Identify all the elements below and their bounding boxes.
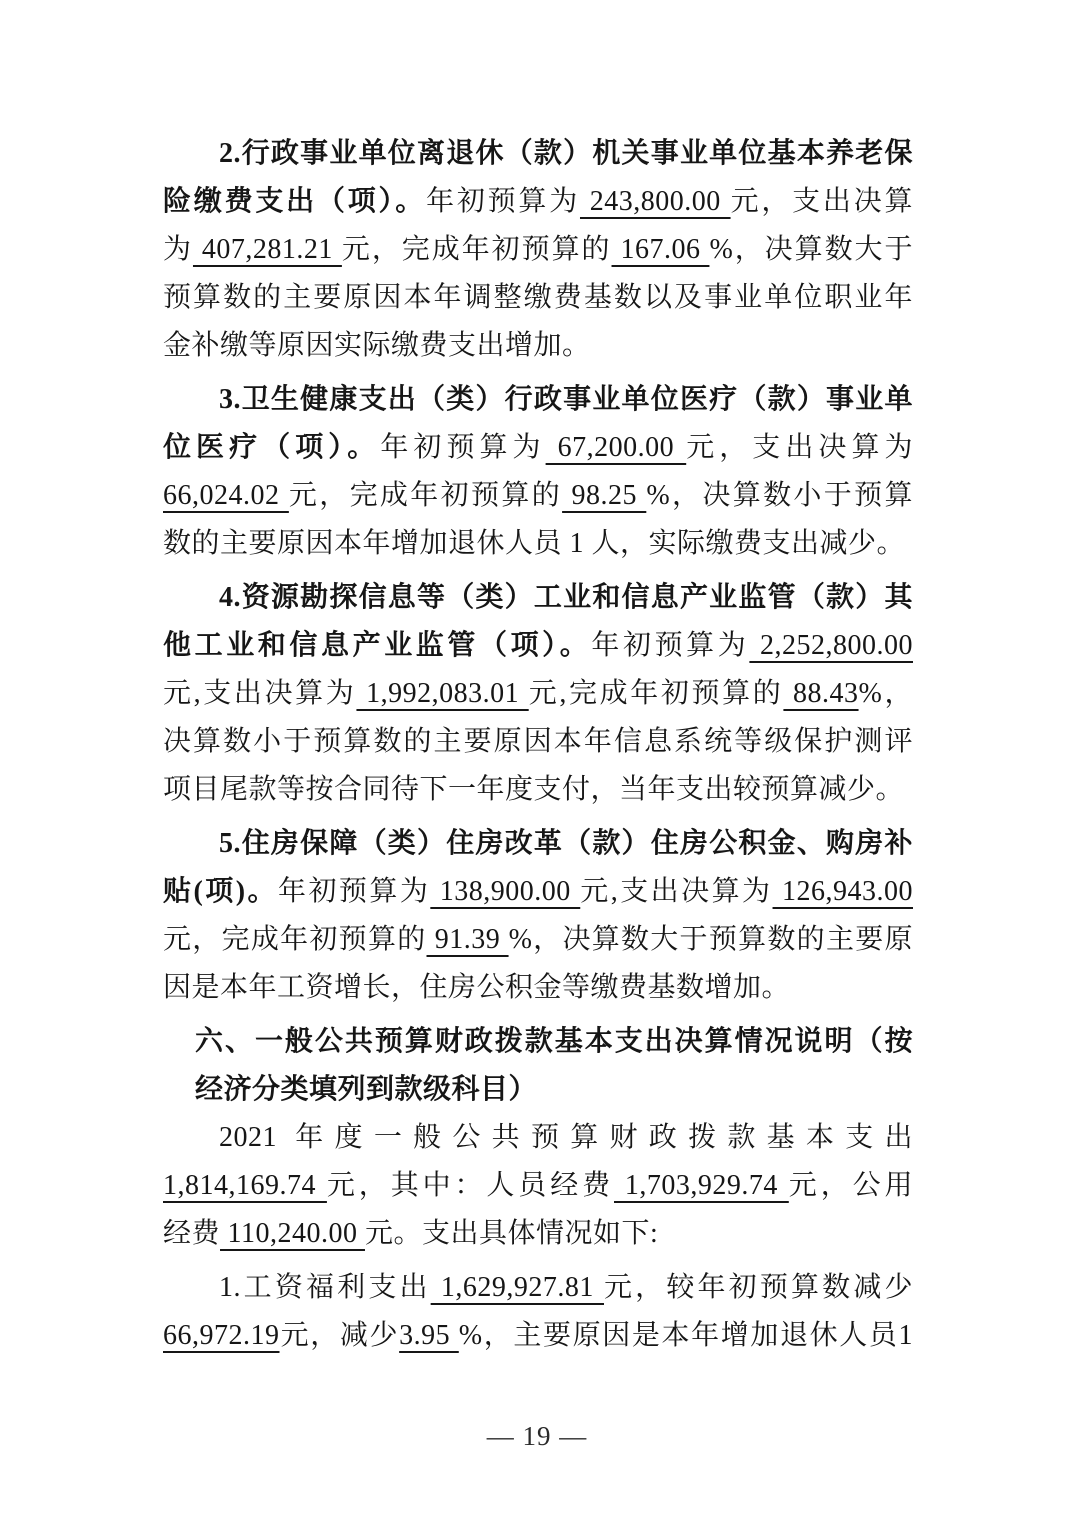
item-2-pension-contribution-line-3: 为 407,281.21 元，完成年初预算的 167.06 %，决算数大于: [163, 226, 913, 274]
underlined-value: 3.95: [399, 1320, 459, 1351]
text-segment: 年初预算为: [591, 630, 749, 661]
item-5-housing-security-line-3: 元，完成年初预算的 91.39 %，决算数大于预算数的主要原: [163, 916, 913, 964]
document-body: 2.行政事业单位离退休（款）机关事业单位基本养老保险缴费支出（项）。年初预算为 …: [163, 130, 913, 1366]
item-4-resource-exploration-line-5: 项目尾款等按合同待下一年度支付，当年支出较预算减少。: [163, 766, 913, 814]
text-segment: 决算数小于预算数的主要原因本年信息系统等级保护测评: [163, 726, 913, 757]
text-segment: 元,支出决算为: [163, 678, 356, 709]
section-6-heading: 六、一般公共预算财政拨款基本支出决算情况说明（按经济分类填列到款级科目）: [163, 1018, 913, 1114]
text-segment: 险缴费支出（项）。: [163, 186, 426, 217]
text-segment: 元，公用: [789, 1170, 913, 1201]
underlined-value: 67,200.00: [546, 432, 687, 463]
text-segment: 1.工资福利支出: [219, 1272, 431, 1303]
text-segment: 元,完成年初预算的: [529, 678, 784, 709]
underlined-value: 1,703,929.74: [614, 1170, 789, 1201]
underlined-value: 167.06: [612, 234, 710, 265]
basic-expenditure-summary: 2021 年度一般公共预算财政拨款基本支出1,814,169.74 元，其中：人…: [163, 1114, 913, 1258]
text-segment: 4.资源勘探信息等（类）工业和信息产业监管（款）其: [219, 582, 913, 613]
item-4-resource-exploration-line-4: 决算数小于预算数的主要原因本年信息系统等级保护测评: [163, 718, 913, 766]
text-segment: 为: [163, 234, 193, 265]
text-segment: 项目尾款等按合同待下一年度支付，当年支出较预算减少。: [163, 774, 904, 805]
item-3-health-expenditure-line-2: 位医疗（项）。年初预算为 67,200.00 元，支出决算为: [163, 424, 913, 472]
item-2-pension-contribution-line-2: 险缴费支出（项）。年初预算为 243,800.00 元，支出决算: [163, 178, 913, 226]
item-4-resource-exploration: 4.资源勘探信息等（类）工业和信息产业监管（款）其他工业和信息产业监管（项）。年…: [163, 574, 913, 814]
item-3-health-expenditure-line-3: 66,024.02 元，完成年初预算的 98.25 %，决算数小于预算: [163, 472, 913, 520]
text-segment: %，: [859, 678, 913, 709]
underlined-value: 126,943.00: [773, 876, 913, 907]
item-2-pension-contribution-line-4: 预算数的主要原因本年调整缴费基数以及事业单位职业年: [163, 274, 913, 322]
text-segment: %，主要原因是本年增加退休人员1: [459, 1320, 913, 1351]
text-segment: 元，支出决算为: [686, 432, 913, 463]
text-segment: 2021 年度一般公共预算财政拨款基本支出: [219, 1122, 913, 1153]
item-5-housing-security-line-1: 5.住房保障（类）住房改革（款）住房公积金、购房补: [163, 820, 913, 868]
item-4-resource-exploration-line-1: 4.资源勘探信息等（类）工业和信息产业监管（款）其: [163, 574, 913, 622]
text-segment: 预算数的主要原因本年调整缴费基数以及事业单位职业年: [163, 282, 913, 313]
text-segment: 金补缴等原因实际缴费支出增加。: [163, 330, 591, 361]
text-segment: %，决算数大于: [709, 234, 913, 265]
item-3-health-expenditure-line-1: 3.卫生健康支出（类）行政事业单位医疗（款）事业单: [163, 376, 913, 424]
item-2-pension-contribution-line-5: 金补缴等原因实际缴费支出增加。: [163, 322, 913, 370]
item-5-housing-security: 5.住房保障（类）住房改革（款）住房公积金、购房补贴(项)。年初预算为 138,…: [163, 820, 913, 1012]
document-page: 2.行政事业单位离退休（款）机关事业单位基本养老保险缴费支出（项）。年初预算为 …: [0, 0, 1074, 1520]
text-segment: 位医疗（项）。: [163, 432, 380, 463]
item-5-housing-security-line-4: 因是本年工资增长，住房公积金等缴费基数增加。: [163, 964, 913, 1012]
item-3-health-expenditure-line-4: 数的主要原因本年增加退休人员 1 人，实际缴费支出减少。: [163, 520, 913, 568]
text-segment: 元，较年初预算数减少: [604, 1272, 913, 1303]
text-segment: 元。支出具体情况如下:: [365, 1218, 658, 1249]
text-segment: 元，减少: [280, 1320, 400, 1351]
item-2-pension-contribution-line-1: 2.行政事业单位离退休（款）机关事业单位基本养老保: [163, 130, 913, 178]
text-segment: 贴(项)。: [163, 876, 278, 907]
underlined-value: 1,992,083.01: [356, 678, 528, 709]
item-1-salary-welfare: 1.工资福利支出 1,629,927.81 元，较年初预算数减少66,972.1…: [163, 1264, 913, 1360]
text-segment: 年初预算为: [426, 186, 580, 217]
text-segment: 元，其中：人员经费: [327, 1170, 614, 1201]
underlined-value: 138,900.00: [430, 876, 580, 907]
text-segment: 他工业和信息产业监管（项）。: [163, 630, 591, 661]
item-4-resource-exploration-line-2: 他工业和信息产业监管（项）。年初预算为 2,252,800.00: [163, 622, 913, 670]
text-segment: 年初预算为: [278, 876, 430, 907]
basic-expenditure-summary-line-3: 经费 110,240.00 元。支出具体情况如下:: [163, 1210, 913, 1258]
text-segment: 因是本年工资增长，住房公积金等缴费基数增加。: [163, 972, 790, 1003]
text-segment: 数的主要原因本年增加退休人员 1 人，实际缴费支出减少。: [163, 528, 905, 559]
underlined-value: 407,281.21: [193, 234, 342, 265]
item-1-salary-welfare-line-2: 66,972.19元，减少3.95 %，主要原因是本年增加退休人员1: [163, 1312, 913, 1360]
item-4-resource-exploration-line-3: 元,支出决算为 1,992,083.01 元,完成年初预算的 88.43%，: [163, 670, 913, 718]
text-segment: 2.行政事业单位离退休（款）机关事业单位基本养老保: [219, 138, 913, 169]
underlined-value: 66,024.02: [163, 480, 289, 511]
text-segment: 年初预算为: [380, 432, 545, 463]
item-3-health-expenditure: 3.卫生健康支出（类）行政事业单位医疗（款）事业单位医疗（项）。年初预算为 67…: [163, 376, 913, 568]
underlined-value: 2,252,800.00: [749, 630, 913, 661]
text-segment: 3.卫生健康支出（类）行政事业单位医疗（款）事业单: [219, 384, 913, 415]
basic-expenditure-summary-line-2: 1,814,169.74 元，其中：人员经费 1,703,929.74 元，公用: [163, 1162, 913, 1210]
text-segment: %，决算数大于预算数的主要原: [509, 924, 913, 955]
section-6-heading-line-1: 六、一般公共预算财政拨款基本支出决算情况说明（按: [195, 1018, 913, 1066]
text-segment: %，决算数小于预算: [646, 480, 913, 511]
text-segment: 元，支出决算: [731, 186, 913, 217]
section-6-heading-line-2: 经济分类填列到款级科目）: [195, 1066, 913, 1114]
item-2-pension-contribution: 2.行政事业单位离退休（款）机关事业单位基本养老保险缴费支出（项）。年初预算为 …: [163, 130, 913, 370]
item-5-housing-security-line-2: 贴(项)。年初预算为 138,900.00 元,支出决算为 126,943.00: [163, 868, 913, 916]
text-segment: 元，完成年初预算的: [163, 924, 427, 955]
text-segment: 5.住房保障（类）住房改革（款）住房公积金、购房补: [219, 828, 913, 859]
underlined-value: 66,972.19: [163, 1320, 280, 1351]
text-segment: 六、一般公共预算财政拨款基本支出决算情况说明（按: [195, 1026, 913, 1057]
basic-expenditure-summary-line-1: 2021 年度一般公共预算财政拨款基本支出: [163, 1114, 913, 1162]
underlined-value: 1,629,927.81: [431, 1272, 604, 1303]
underlined-value: 88.43: [783, 678, 858, 709]
page-footer: — 19 —: [0, 1412, 1074, 1460]
underlined-value: 243,800.00: [580, 186, 731, 217]
underlined-value: 110,240.00: [220, 1218, 365, 1249]
text-segment: 经济分类填列到款级科目）: [195, 1074, 537, 1105]
underlined-value: 91.39: [427, 924, 509, 955]
item-1-salary-welfare-line-1: 1.工资福利支出 1,629,927.81 元，较年初预算数减少: [163, 1264, 913, 1312]
text-segment: 元，完成年初预算的: [289, 480, 562, 511]
underlined-value: 98.25: [562, 480, 646, 511]
page-number: — 19 —: [487, 1421, 588, 1451]
underlined-value: 1,814,169.74: [163, 1170, 327, 1201]
text-segment: 元，完成年初预算的: [342, 234, 612, 265]
text-segment: 元,支出决算为: [580, 876, 772, 907]
text-segment: 经费: [163, 1218, 220, 1249]
